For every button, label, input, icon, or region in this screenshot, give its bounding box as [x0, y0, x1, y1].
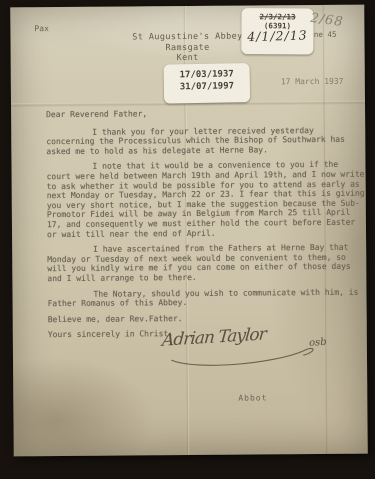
pax-motto: Pax — [34, 24, 49, 33]
salutation: Dear Reverend Father, — [46, 108, 366, 120]
paragraph: The Notary, should you wish to communica… — [47, 287, 367, 309]
paragraph: I have ascertained from the Fathers at H… — [47, 243, 367, 284]
letter-paper: Pax St Augustine's Abbey Ramsgate Kent P… — [10, 5, 368, 457]
signature-block: Adrian Taylor osb — [162, 320, 335, 380]
date-stamp-line2: 31/07/1997 — [164, 80, 250, 94]
letter-date: 17 March 1937 — [281, 77, 344, 86]
signer-title: Abbot — [238, 393, 267, 402]
letter-body: Dear Reverend Father, I thank you for yo… — [46, 108, 368, 346]
paragraph: I thank you for your letter received yes… — [46, 125, 366, 156]
abbey-county: Kent — [11, 52, 365, 65]
photo-background: Pax St Augustine's Abbey Ramsgate Kent P… — [0, 0, 375, 479]
date-stamp-sticker: 17/03/1937 31/07/1997 — [163, 63, 250, 104]
archive-ref-handwritten: 4/1/2/13 — [241, 30, 313, 41]
archive-ref-old: 2/3/2/13 — [241, 12, 313, 21]
archive-reference-sticker: 2/3/2/13 (6391) 4/1/2/13 — [241, 8, 313, 54]
paragraph: I note that it would be a convenience to… — [46, 160, 367, 239]
pencil-scribble: 2/68 — [310, 11, 345, 30]
